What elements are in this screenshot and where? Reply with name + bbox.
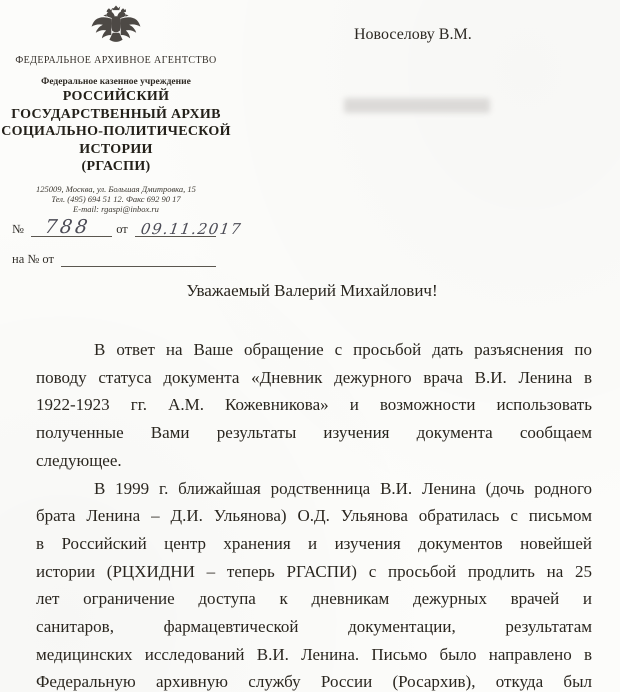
phone-line: Тел. (495) 694 51 12. Факс 692 90 17 [0,194,232,204]
salutation-line: Уважаемый Валерий Михайлович! [37,281,587,301]
handwritten-number: 788 [43,216,91,238]
reply-ref-label: на № от [12,252,57,267]
letter-body: В ответ на Ваше обращение с просьбой дат… [36,336,592,692]
email-line: E-mail: rgaspi@inbox.ru [0,204,232,214]
number-underline: 788 [31,218,112,237]
org-name-line: ГОСУДАРСТВЕННЫЙ АРХИВ [0,106,232,124]
outgoing-number-row: № 788 от 09.11.2017 [12,218,220,237]
agency-name: ФЕДЕРАЛЬНОЕ АРХИВНОЕ АГЕНТСТВО [0,55,232,66]
org-name-line: (РГАСПИ) [0,158,232,176]
org-type-line: Федеральное казенное учреждение [0,77,232,87]
date-underline: 09.11.2017 [135,218,216,237]
number-label: № [12,222,27,237]
contact-block: 125009, Москва, ул. Большая Дмитровка, 1… [0,184,232,214]
org-name-line: РОССИЙСКИЙ [0,88,232,106]
reference-block: № 788 от 09.11.2017 на № от [12,218,220,267]
body-line: полученные Вами результаты изучения доку… [36,419,592,447]
org-name-block: РОССИЙСКИЙ ГОСУДАРСТВЕННЫЙ АРХИВ СОЦИАЛЬ… [0,88,232,176]
body-line: В ответ на Ваше обращение с просьбой дат… [36,336,592,364]
date-label: от [116,222,131,237]
redacted-text-blur [344,98,490,113]
body-line: медицинских исследований В.И. Ленина. Пи… [36,641,592,669]
body-line: в Российский центр хранения и изучения д… [36,530,592,558]
body-line: В 1999 г. ближайшая родственница В.И. Ле… [36,475,592,503]
org-name-line: СОЦИАЛЬНО-ПОЛИТИЧЕСКОЙ [0,123,232,141]
reply-ref-underline [61,248,216,267]
body-line: брата Ленина – Д.И. Ульянова) О.Д. Ульян… [36,502,592,530]
body-line: 1922-1923 гг. А.М. Кожевникова» и возмож… [36,391,592,419]
letterhead: ФЕДЕРАЛЬНОЕ АРХИВНОЕ АГЕНТСТВО Федеральн… [0,5,232,214]
address-line: 125009, Москва, ул. Большая Дмитровка, 1… [0,184,232,194]
body-line: следующее. [36,447,592,475]
scanned-letter-page: ФЕДЕРАЛЬНОЕ АРХИВНОЕ АГЕНТСТВО Федеральн… [0,0,620,692]
reply-reference-row: на № от [12,248,220,267]
body-line: лет ограничение доступа к дневникам дежу… [36,585,592,613]
coat-of-arms-eagle-icon [87,5,145,52]
body-line: Федеральную архивную службу России (Роса… [36,668,592,692]
body-line: санитаров, фармацевтической документации… [36,613,592,641]
addressee-name: Новоселову В.М. [354,26,472,44]
body-line: поводу статуса документа «Дневник дежурн… [36,364,592,392]
org-name-line: ИСТОРИИ [0,141,232,159]
handwritten-date: 09.11.2017 [139,220,242,238]
body-line: истории (РЦХИДНИ – теперь РГАСПИ) с прос… [36,558,592,586]
